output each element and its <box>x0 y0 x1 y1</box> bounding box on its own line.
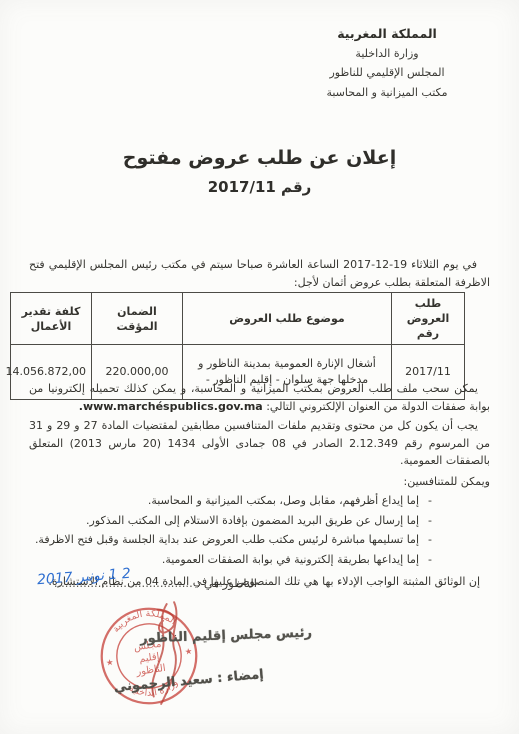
table-header-row: طلب العروض رقم موضوع طلب العروض الضمان ا… <box>11 293 465 345</box>
letterhead-council: المجلس الإقليمي للناظور <box>307 63 467 83</box>
intro-paragraph: في يوم الثلاثاء 19-12-2017 الساعة العاشر… <box>29 256 490 291</box>
letterhead-office: مكتب الميزانية و المحاسبة <box>307 83 467 103</box>
compliance-paragraph: يجب أن يكون كل من محتوى وتقديم ملفات الم… <box>29 417 490 470</box>
letterhead-ministry: وزارة الداخلية <box>307 44 467 64</box>
options-list: -إما إيداع أظرفهم، مقابل وصل، بمكتب المي… <box>29 492 490 568</box>
option-text: إما إيداع أظرفهم، مقابل وصل، بمكتب الميز… <box>148 494 419 507</box>
header-subject: موضوع طلب العروض <box>183 293 392 345</box>
letterhead-kingdom: المملكة المغربية <box>307 24 467 44</box>
option-mail: -إما إرسال عن طريق البريد المضمون بإفادة… <box>29 512 432 530</box>
title-block: إعلان عن طلب عروض مفتوح رقم 2017/11 <box>0 147 519 196</box>
option-text: إما إيداعها بطريقة إلكترونية في بوابة ال… <box>162 553 419 566</box>
header-provisional-guarantee: الضمان المؤقت <box>92 293 183 345</box>
dateline-label: الناظور في : <box>193 576 257 590</box>
dateline: الناظور في : ...........................… <box>33 576 257 590</box>
portal-url: www.marchéspublics.gov.ma. <box>79 400 263 413</box>
option-text: إما إرسال عن طريق البريد المضمون بإفادة … <box>86 514 419 527</box>
star-icon: ★ <box>105 658 114 669</box>
dash-marker: - <box>428 531 432 549</box>
option-deposit: -إما إيداع أظرفهم، مقابل وصل، بمكتب المي… <box>29 492 432 510</box>
options-intro: ويمكن للمتنافسين: <box>29 473 490 491</box>
header-estimated-cost: كلفة تقدير الأعمال <box>11 293 92 345</box>
dash-marker: - <box>428 551 432 569</box>
dash-marker: - <box>428 492 432 510</box>
header-tender-no: طلب العروض رقم <box>392 293 465 345</box>
option-text: إما تسليمها مباشرة لرئيس مكتب طلب العروض… <box>35 533 419 546</box>
letterhead: المملكة المغربية وزارة الداخلية المجلس ا… <box>307 24 467 102</box>
scanned-tender-announcement: المملكة المغربية وزارة الداخلية المجلس ا… <box>0 0 519 734</box>
withdrawal-paragraph: يمكن سحب ملف طلب العروض بمكتب الميزانية … <box>29 380 490 415</box>
dash-marker: - <box>428 512 432 530</box>
body-text: يمكن سحب ملف طلب العروض بمكتب الميزانية … <box>29 380 490 593</box>
option-hand-delivery: -إما تسليمها مباشرة لرئيس مكتب طلب العرو… <box>29 531 432 549</box>
tender-number: رقم 2017/11 <box>0 178 519 196</box>
option-electronic: -إما إيداعها بطريقة إلكترونية في بوابة ا… <box>29 551 432 569</box>
document-title: إعلان عن طلب عروض مفتوح <box>0 147 519 169</box>
pen-signature <box>126 594 200 714</box>
